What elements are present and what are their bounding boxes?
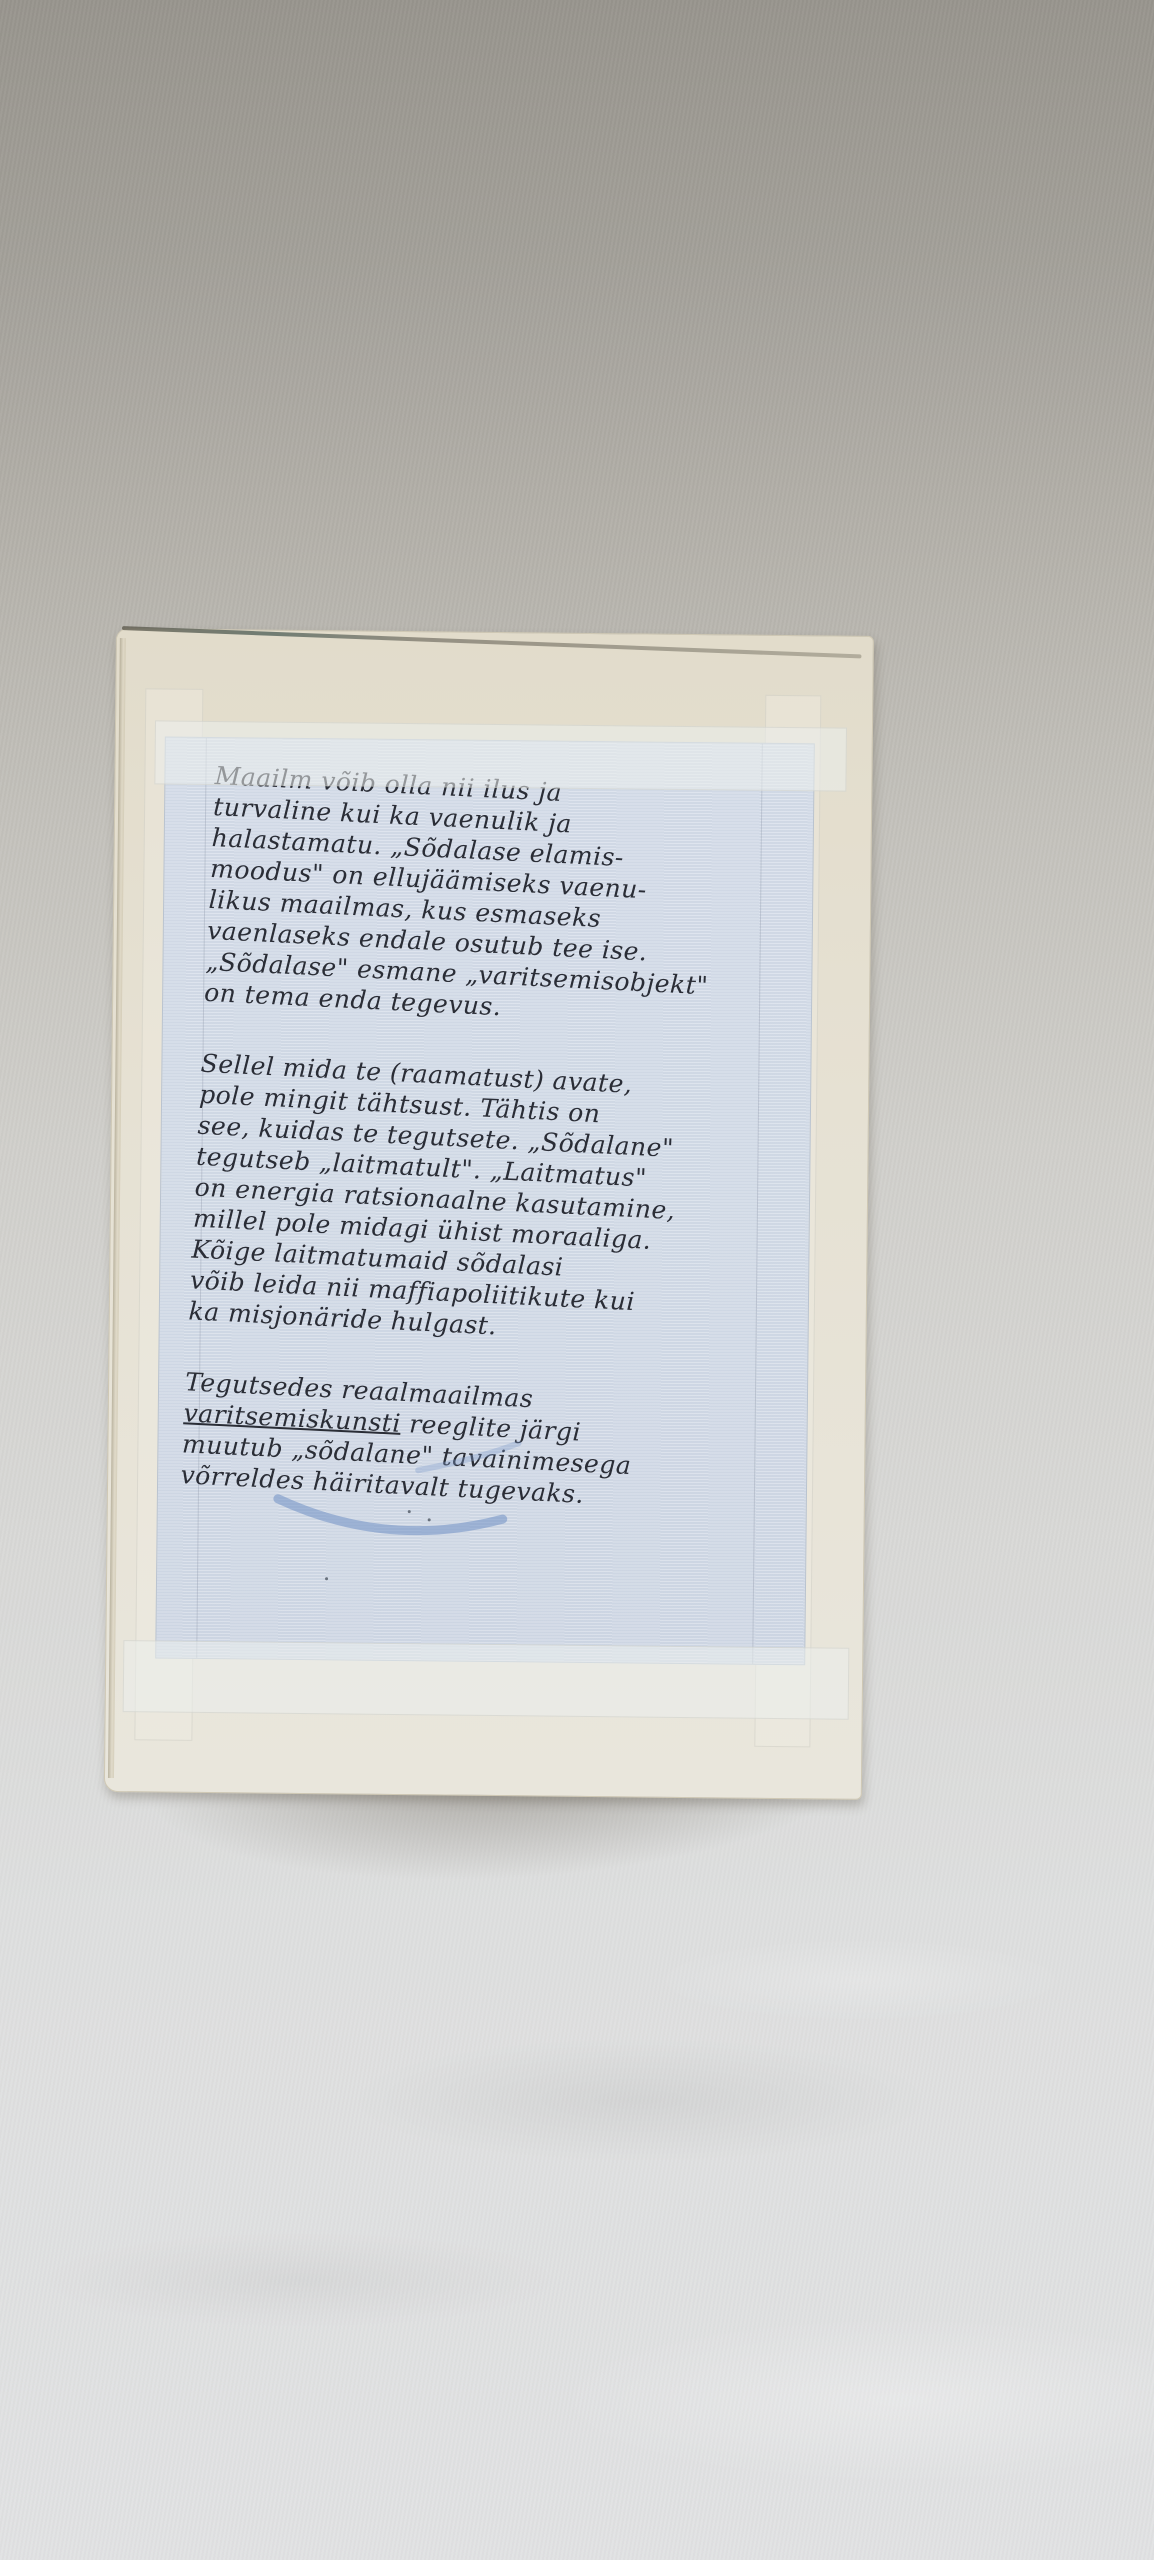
handwritten-text: Maailm võib olla nii ilus ja turvaline k… [178, 760, 775, 1557]
handwritten-label: Maailm võib olla nii ilus ja turvaline k… [155, 737, 815, 1666]
blue-pencil-arc-icon [267, 1439, 588, 1562]
book: Maailm võib olla nii ilus ja turvaline k… [104, 628, 874, 1800]
ink-speck [408, 1510, 411, 1513]
tape-strip-top [154, 720, 847, 791]
tape-strip-bottom [123, 1640, 850, 1720]
paragraph-1: Maailm võib olla nii ilus ja turvaline k… [204, 760, 775, 1035]
ink-speck [428, 1518, 431, 1521]
ink-speck [325, 1577, 328, 1580]
paragraph-2: Sellel mida te (raamatust) avate, pole m… [188, 1048, 761, 1354]
